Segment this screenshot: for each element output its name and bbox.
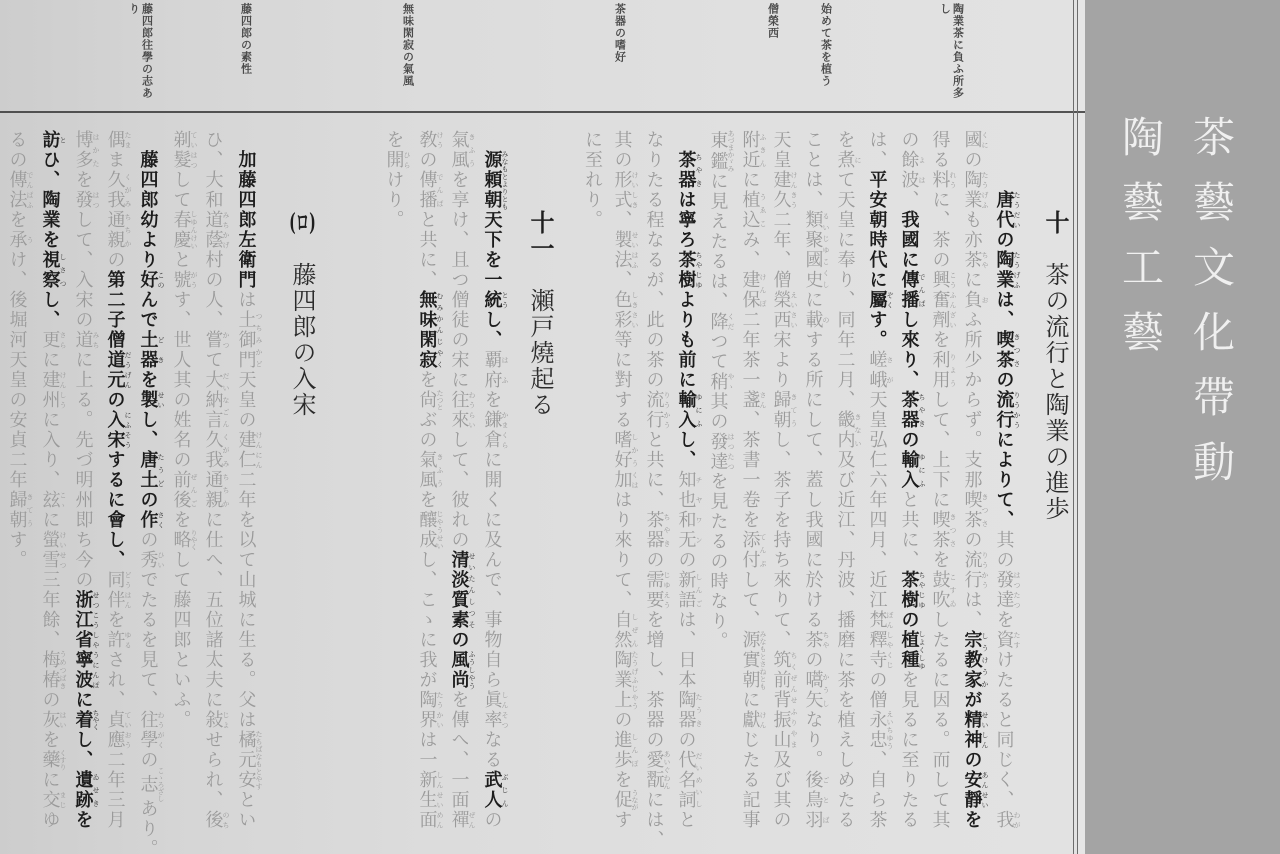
- emphasized-word: 着ちやく: [73, 710, 94, 730]
- emphasized-text: が: [962, 690, 983, 710]
- emphasized-text: 平安朝時代に: [867, 170, 888, 290]
- furigana: みなもとさねとも: [759, 630, 767, 690]
- furigana: ゐせき: [92, 770, 100, 810]
- word: 前後ぜんご: [171, 470, 192, 510]
- word: 氣風きふう: [449, 130, 470, 170]
- margin-note: 僧榮西: [767, 3, 780, 101]
- emphasized-word: 陶業たうげふ: [994, 250, 1015, 290]
- body-text: を: [40, 730, 61, 750]
- body-text: 天皇の: [236, 370, 257, 430]
- furigana: たす: [1013, 630, 1021, 650]
- emphasized-text: の: [962, 750, 983, 770]
- furigana: ちやき: [918, 390, 926, 430]
- word: 秀ひい: [138, 550, 159, 570]
- furigana: たちばなもとやす: [255, 730, 263, 790]
- text-column: の餘波よは、我國に傳播でんぱし來り、茶器ちやきの輸入ゆにふと共に、茶樹ちやじゆの…: [894, 130, 926, 830]
- furigana: ちくぜんせふりやま: [790, 650, 798, 750]
- furigana: ぜんご: [190, 470, 198, 510]
- furigana: くに: [981, 130, 989, 150]
- furigana: あんせい: [981, 770, 989, 810]
- word: 灰はい: [40, 710, 61, 730]
- subsection-marker: (ロ): [288, 210, 317, 234]
- page-border-rule-outer: [1077, 0, 1078, 854]
- body-text: に: [40, 350, 61, 370]
- body-text: はり來りて、: [612, 490, 633, 610]
- word: 我わが: [994, 810, 1015, 830]
- word: 畿内きない: [835, 410, 856, 450]
- text-column: 得る料れうに、茶の興奮劑こうふんざいを利用りようして、上下に喫茶きつさを鼓吹こす…: [925, 130, 957, 830]
- body-text: して、彼れの: [449, 430, 470, 550]
- emphasized-text: は寧ろ: [676, 190, 697, 250]
- body-text: したるに因る。而して其: [930, 610, 951, 830]
- margin-note: 藤四郎往學の志あり: [128, 3, 154, 101]
- furigana: くがみちちか: [124, 170, 132, 250]
- word: 喫茶きつさ: [930, 510, 951, 550]
- furigana: えいさい: [790, 290, 798, 330]
- furigana: ふうしやう: [468, 650, 476, 690]
- body-text: 、: [612, 210, 633, 230]
- furigana: じよ: [222, 710, 230, 730]
- body-text: と共に、: [417, 210, 438, 290]
- body-text: 及び其の: [771, 750, 792, 830]
- body-text: に: [40, 510, 61, 530]
- furigana: でんぱ: [918, 270, 926, 310]
- emphasized-text: し、: [482, 310, 503, 350]
- word: 傳播でんぱ: [417, 170, 438, 210]
- body-text: 天皇弘仁六年四月、近江: [867, 390, 888, 610]
- body-text: して、上下に: [930, 390, 951, 510]
- furigana: たうだい: [1013, 190, 1021, 230]
- emphasized-text: に: [73, 690, 94, 710]
- furigana: ちやじゆ: [695, 250, 703, 290]
- emphasized-word: 浙江省寧波せつこうしやうにんぽ: [73, 590, 94, 690]
- word: 釀成じやうせい: [417, 510, 438, 550]
- furigana: こゝ: [59, 490, 67, 510]
- word: 鼓吹こすゐ: [930, 570, 951, 610]
- furigana: きつさ: [1013, 330, 1021, 370]
- furigana: ていはつ: [190, 130, 198, 170]
- word: 獻けん: [740, 710, 761, 730]
- word: 大納言だいなごん: [203, 370, 224, 430]
- margin-note: 藤四郎の素性: [240, 3, 253, 101]
- furigana: ふきん: [759, 130, 767, 170]
- furigana: たうき: [695, 690, 703, 730]
- body-text: の: [138, 530, 159, 550]
- text-column: 源頼朝みなもとよりとも天下を一統とうし、覇府はふを鎌倉かまくらに開くに及んで、事…: [477, 150, 509, 830]
- body-text: す: [612, 810, 633, 830]
- text-column: 偶たまま久我通親くがみちちかの第二子僧道元だうげんの入宋にふそうするに會し、同伴…: [100, 130, 132, 830]
- word: 茶ちや: [803, 630, 824, 650]
- furigana: だいなごん: [222, 370, 230, 430]
- subsection-number: (ロ): [282, 210, 322, 234]
- furigana: あいぐわん: [663, 750, 671, 790]
- furigana: たうかい: [436, 690, 444, 730]
- word: 利用りよう: [930, 350, 951, 390]
- furigana: しかう: [631, 430, 639, 470]
- emphasized-word: 傳播でんぱ: [899, 270, 920, 310]
- body-text: す。: [7, 530, 28, 570]
- emphasized-text: 第二子僧: [105, 270, 126, 350]
- word: 眞率しんそつ: [482, 690, 503, 730]
- body-text: の: [676, 550, 697, 570]
- word: 類聚國史るいじゆこくし: [803, 210, 824, 290]
- body-text: 、茶書一卷を: [740, 410, 761, 530]
- furigana: けんにん: [255, 430, 263, 470]
- body-text: 、: [899, 190, 920, 210]
- word: 博多はかた: [73, 130, 94, 170]
- body-text: に: [740, 170, 761, 190]
- furigana: どき: [157, 330, 165, 370]
- word: 建久けんきう: [771, 170, 792, 210]
- section-number: 十: [1035, 210, 1075, 236]
- body-text: せられ、: [203, 730, 224, 810]
- word: 許ゆる: [105, 630, 126, 650]
- word: 陶界たうかい: [417, 690, 438, 730]
- body-text: の: [612, 710, 633, 730]
- body-text: を: [7, 210, 28, 230]
- word: 梵釋寺ぼんしやくじ: [867, 610, 888, 670]
- word: 久我通親くがみちちか: [105, 170, 126, 250]
- furigana: しんご: [695, 570, 703, 610]
- word: 負お: [962, 290, 983, 310]
- emphasized-text: 陶業: [40, 190, 61, 230]
- text-column: 其の形式けいしき、製法せいはふ、色彩しきさい等に對する嗜好しかう加くははり來りて…: [607, 130, 639, 830]
- margin-note: 茶器の嗜好: [614, 3, 627, 101]
- word: 永忠えいちゆう: [867, 710, 888, 750]
- word: 降くだ: [708, 312, 729, 332]
- emphasized-text: を: [73, 810, 94, 830]
- word: 嗜好しかう: [612, 430, 633, 470]
- word: 同伴どうはん: [105, 570, 126, 610]
- body-text: を: [171, 510, 192, 530]
- word: 承う: [7, 230, 28, 250]
- word: 喫茶きつさ: [962, 490, 983, 530]
- subsection-title: 藤四郎の入宋: [282, 262, 322, 418]
- furigana: さら: [59, 330, 67, 350]
- emphasized-text: し來り、: [899, 310, 920, 390]
- furigana: ぼんしやくじ: [886, 610, 894, 670]
- word: 覇府はふ: [482, 350, 503, 390]
- word: 橘元安たちばなもとやす: [236, 730, 257, 790]
- body-text: け、後堀河天皇の安貞二年: [7, 250, 28, 490]
- page-edge: [1078, 0, 1085, 854]
- furigana: の: [822, 310, 830, 330]
- body-text: けり。: [384, 170, 405, 230]
- body-text: ふ所少からず。支那: [962, 310, 983, 490]
- furigana: と: [59, 130, 67, 150]
- body-text: つて: [708, 332, 729, 372]
- furigana: りよう: [949, 350, 957, 390]
- body-text: とい: [236, 790, 257, 830]
- body-text: けたると同じく、: [994, 650, 1015, 810]
- text-column: 博多はかたを發はつして、入宋の道みちに上る。先づ明州即ち今の浙江省寧波せつこうし…: [68, 130, 100, 830]
- body-text: ひ、大和: [203, 130, 224, 210]
- furigana: たつと: [436, 390, 444, 411]
- furigana: だいめいし: [695, 750, 703, 810]
- furigana: たうげふ: [1013, 250, 1021, 290]
- furigana: ちやき: [695, 150, 703, 190]
- body-text: して、: [740, 570, 761, 630]
- furigana: お: [981, 290, 989, 310]
- emphasized-word: 道元だうげん: [105, 350, 126, 390]
- furigana: わうがく: [157, 710, 165, 750]
- word: 發達はつたつ: [708, 432, 729, 472]
- body-text: を: [930, 550, 951, 570]
- text-column: 東鑑あづまかゞみに見えたるは、降くだつて稍やゝ其の發達はつたつを見たるの時なり。: [703, 130, 735, 652]
- body-text: を: [482, 390, 503, 410]
- word: 道蔭みちかげ: [203, 210, 224, 250]
- emphasized-word: 輸入ゆにふ: [676, 390, 697, 430]
- furigana: えいちゆう: [886, 710, 894, 750]
- word: 尙たつと: [417, 390, 438, 410]
- word: 資たす: [994, 630, 1015, 650]
- furigana: さく: [157, 510, 165, 530]
- word: 煮に: [835, 150, 856, 170]
- furigana: ゆにふ: [695, 390, 703, 430]
- word: 敎けう: [417, 130, 438, 150]
- word: 自然しぜん: [612, 610, 633, 650]
- word: 盞さん: [740, 390, 761, 410]
- word: 需要じゆえう: [644, 570, 665, 610]
- body-text: 二年茶一: [740, 310, 761, 390]
- body-text: あり。: [138, 799, 159, 854]
- word: 貞應ていおう: [105, 710, 126, 750]
- furigana: うゑこ: [759, 190, 767, 230]
- emphasized-word: 清淡質素せいたんしつそ: [449, 550, 470, 630]
- furigana: しきさい: [631, 290, 639, 330]
- furigana: けいせつ: [59, 530, 67, 570]
- body-text: に見えたるは、: [708, 172, 729, 312]
- word: 鎌倉かまくら: [482, 410, 503, 450]
- word: 土御門つちみかど: [236, 310, 257, 370]
- furigana: うなが: [631, 790, 639, 811]
- emphasized-word: 輸入ゆにふ: [899, 450, 920, 490]
- body-text: 二年を以て山城に生る。父は: [236, 470, 257, 730]
- emphasized-text: し、: [40, 290, 61, 330]
- word: 料れう: [930, 170, 951, 190]
- body-text: 、自ら茶: [867, 750, 888, 830]
- body-text: の: [105, 250, 126, 270]
- body-text: 其の: [708, 392, 729, 432]
- word: 形式けいしき: [612, 170, 633, 210]
- furigana: みなもとよりとも: [501, 150, 509, 210]
- body-text: は、: [962, 590, 983, 630]
- body-text: の: [417, 150, 438, 170]
- word: 歸朝きてう: [7, 490, 28, 530]
- furigana: しぜん: [631, 610, 639, 650]
- furigana: せつこうしやうにんぽ: [92, 590, 100, 690]
- word: 久我通親くがみちちか: [203, 430, 224, 510]
- word: 玆こゝ: [40, 490, 61, 510]
- emphasized-text: 加藤四郎左衛門: [236, 150, 257, 290]
- emphasized-word: 統とう: [482, 290, 503, 310]
- word: 螢雪けいせつ: [40, 530, 61, 570]
- body-text: なり。: [803, 710, 824, 770]
- emphasized-text: 藤四郎幼より: [138, 150, 159, 270]
- furigana: チヤワン: [695, 470, 703, 550]
- furigana: つちみかど: [255, 310, 263, 370]
- text-column: 國くにの陶業たうげふも亦茶ちやに負おふ所少からず。支那喫茶きつさの流行りうかうは…: [957, 130, 989, 830]
- furigana: かうし: [822, 670, 830, 710]
- body-text: の: [962, 150, 983, 170]
- emphasized-word: 唐土たうど: [138, 450, 159, 490]
- word: 歸朝きてう: [771, 390, 792, 430]
- emphasized-text: よりも前に: [676, 290, 697, 390]
- text-column: 加藤四郎左衛門は土御門つちみかど天皇の建仁けんにん二年を以て山城に生る。父は橘元…: [231, 150, 263, 830]
- body-text: を增し、茶器の: [644, 610, 665, 750]
- emphasized-word: 喫茶きつさ: [994, 330, 1015, 370]
- text-column: を煮にて天皇に奉り、同年二月、畿内きない及び近江、丹波、播磨に茶を植えしめたる: [830, 130, 862, 830]
- body-text: を: [417, 490, 438, 510]
- text-column: は、平安朝時代に屬ぞくす。嵯峨さが天皇弘仁六年四月、近江梵釋寺ぼんしやくじの僧永…: [862, 130, 894, 830]
- furigana: に: [854, 150, 862, 170]
- margin-note: 無味閑寂の氣風: [402, 3, 415, 101]
- furigana: でんぱ: [436, 170, 444, 210]
- body-text: には、: [644, 790, 665, 850]
- body-text: 二年、僧: [771, 210, 792, 290]
- emphasized-text: を: [962, 810, 983, 830]
- text-column: に至れり。: [576, 130, 608, 230]
- furigana: きない: [854, 410, 862, 450]
- body-text: み、: [740, 230, 761, 270]
- text-column: 敎けうの傳播でんぱと共に、無味閑寂むみかんじやくを尙たつとぶの氣風きふうを釀成じ…: [412, 130, 444, 830]
- body-text: に、茶の: [930, 190, 951, 270]
- furigana: ちやき: [663, 510, 671, 550]
- word: 添付てんぷ: [740, 530, 761, 570]
- text-column: 天皇建久けんきう二年、僧榮西えいさい宋より歸朝きてうし、茶子を持ち來りて、筑前背…: [766, 130, 798, 830]
- word: 剃髮ていはつ: [171, 130, 192, 170]
- furigana: せいしん: [981, 710, 989, 750]
- furigana: りうかう: [663, 390, 671, 430]
- section-title: 瀬戸燒起る: [520, 288, 560, 418]
- body-text: は、日本: [676, 610, 697, 690]
- body-text: に至れり。: [582, 130, 603, 230]
- body-text: して: [171, 170, 192, 210]
- furigana: せいはふ: [631, 230, 639, 270]
- furigana: しさつ: [59, 250, 67, 290]
- emphasized-text: するに會し、: [105, 450, 126, 570]
- body-text: する所にして、蓋し我國に於ける: [803, 330, 824, 630]
- furigana: う: [26, 230, 34, 250]
- body-text: は、: [867, 130, 888, 170]
- word: 建州けんしう: [40, 370, 61, 410]
- word: 嵯峨さが: [867, 350, 888, 390]
- word: 交まじ: [40, 790, 61, 810]
- body-text: 等に對する: [612, 330, 633, 430]
- emphasized-text: んで: [138, 290, 159, 330]
- emphasized-text: の: [138, 490, 159, 510]
- body-text: 、: [612, 270, 633, 290]
- furigana: たま: [124, 130, 132, 150]
- emphasized-text: の: [899, 610, 920, 630]
- furigana: こうふんざい: [949, 270, 957, 330]
- furigana: けんきう: [790, 170, 798, 210]
- body-text: ゆ: [40, 810, 61, 830]
- furigana: くがみちちか: [222, 430, 230, 510]
- body-text: を見たるの時なり。: [708, 472, 729, 652]
- word: 餘波よは: [899, 150, 920, 190]
- furigana: とう: [501, 290, 509, 310]
- word: 後鳥羽ごとば: [803, 770, 824, 830]
- furigana: るいじゆこくし: [822, 210, 830, 290]
- body-text: なりたる程なるが、此の茶の: [644, 130, 665, 390]
- furigana: はい: [59, 710, 67, 730]
- furigana: じゆえう: [663, 570, 671, 610]
- word: 更さら: [40, 330, 61, 350]
- furigana: たうげふじやう: [631, 650, 639, 710]
- word: 往來わうらい: [449, 390, 470, 430]
- furigana: ちや: [822, 630, 830, 650]
- body-text: 二年三月: [105, 750, 126, 830]
- word: 促うなが: [612, 790, 633, 810]
- body-text: に開くに及んで、事物自ら: [482, 450, 503, 690]
- body-text: の: [962, 530, 983, 550]
- furigana: しんせいめん: [436, 770, 444, 830]
- body-text: は一: [417, 730, 438, 770]
- furigana: この: [157, 270, 165, 290]
- body-text: の: [482, 810, 503, 830]
- emphasized-word: 源頼朝みなもとよりとも: [482, 150, 503, 210]
- word: 植込うゑこ: [740, 190, 761, 230]
- word: 傳法でんぱふ: [7, 170, 28, 210]
- word: 稍やゝ: [708, 372, 729, 392]
- section-number: 十一: [520, 210, 560, 262]
- word: 筑前背振山ちくぜんせふりやま: [771, 650, 792, 750]
- word: 敍じよ: [203, 710, 224, 730]
- furigana: まじ: [59, 790, 67, 810]
- emphasized-word: 唐代たうだい: [994, 190, 1015, 230]
- emphasized-text: の: [994, 370, 1015, 390]
- word: 載の: [803, 310, 824, 330]
- emphasized-text: し、: [138, 410, 159, 450]
- scanned-book-page: 陶業茶に負ふ所多し 始めて茶を植う 僧榮西 茶器の嗜好 無味閑寂の氣風 藤四郎の…: [0, 0, 1085, 854]
- text-column: るの傳法でんぱふを承うけ、後堀河天皇の安貞二年歸朝きてうす。: [2, 130, 34, 570]
- emphasized-word: 宗教家しうけうか: [962, 630, 983, 690]
- text-column: なりたる程なるが、此の茶の流行りうかうと共に、茶器ちやきの需要じゆえうを增し、茶…: [639, 130, 671, 850]
- emphasized-word: 製せい: [138, 390, 159, 410]
- text-column: 附近ふきんに植込うゑこみ、建保けんぽ二年茶一盞さん、茶書一卷を添付てんぷして、源…: [735, 130, 767, 830]
- furigana: けん: [759, 710, 767, 730]
- word: 建保けんぽ: [740, 270, 761, 310]
- furigana: うめつばき: [59, 650, 67, 690]
- furigana: はつたつ: [1013, 570, 1021, 610]
- text-column: を開ひらけり。: [379, 130, 411, 230]
- word: 代名詞だいめいし: [676, 750, 697, 810]
- text-column: 氣風きふうを享け、且つ僧徒の宋に往來わうらいして、彼れの清淡質素せいたんしつその…: [444, 130, 476, 830]
- furigana: せいたんしつそ: [468, 550, 476, 630]
- word: 禪ぜん: [449, 810, 470, 830]
- emphasized-text: ひ、: [40, 150, 61, 190]
- furigana: りうかう: [1013, 390, 1021, 430]
- body-text: は: [236, 290, 257, 310]
- emphasized-text: 我國に: [899, 210, 920, 270]
- body-text: に: [803, 290, 824, 310]
- emphasized-word: 土器どき: [138, 330, 159, 370]
- word: 陶業上たうげふじやう: [612, 650, 633, 710]
- furigana: やゝ: [727, 372, 735, 392]
- furigana: どうはん: [124, 570, 132, 610]
- furigana: きてう: [26, 490, 34, 530]
- furigana: しゆんけい: [190, 210, 198, 250]
- furigana: かつ: [222, 330, 230, 350]
- word: 陶器たうき: [676, 690, 697, 730]
- furigana: くすり: [59, 750, 67, 771]
- emphasized-word: 遺跡ゐせき: [73, 770, 94, 810]
- emphasized-word: 茶器ちやき: [676, 150, 697, 190]
- emphasized-text: し、: [73, 730, 94, 770]
- word: 往學わうがく: [138, 710, 159, 750]
- word: 知也和无チヤワン: [676, 470, 697, 550]
